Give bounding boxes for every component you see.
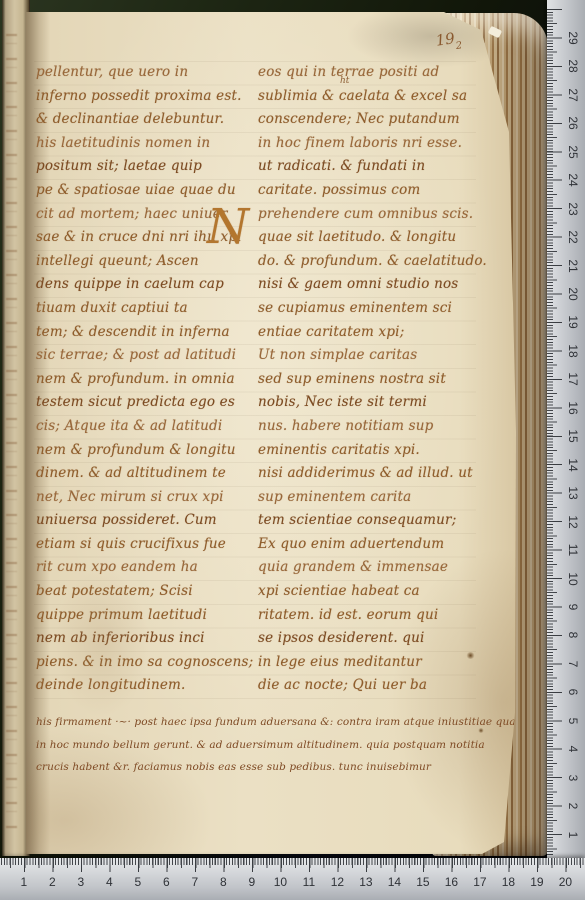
ruler-number: 15 [412,875,434,889]
manuscript-line: pellentur, que uero in [36,61,252,85]
manuscript-line: tiuam duxit captiui ta [36,297,252,321]
ruler-number: 20 [566,283,580,305]
ruler-number: 17 [469,875,491,889]
manuscript-line: Ex quo enim aduertendum [258,533,474,557]
page-corner-slip [488,26,502,38]
stain [466,652,475,659]
manuscript-line: nisi addiderimus & ad illud. ut [258,462,474,486]
photo-background: 192 pellentur, que uero ininferno possed… [0,0,585,900]
stain [478,728,484,733]
ruler-number: 1 [13,875,35,889]
manuscript-line: ritatem. id est. eorum qui [258,604,474,628]
manuscript-line: sublimia & caelata & excel sa [258,85,474,109]
ruler-number: 11 [566,539,580,561]
ruler-number: 26 [566,112,580,134]
ruler-number: 6 [566,681,580,703]
manuscript-line: & declinantiae delebuntur. [36,108,252,132]
horizontal-ruler: 1234567891011121314151617181920 [0,858,585,900]
ruler-number: 11 [298,875,320,889]
ruler-number: 10 [566,568,580,590]
manuscript-line: his laetitudinis nomen in [36,132,252,156]
manuscript-line: ut radicati. & fundati in [258,155,474,179]
ruler-number: 18 [497,875,519,889]
manuscript-line: nisi & gaem omni studio nos [258,273,474,297]
manuscript-line: cis; Atque ita & ad latitudi [36,415,252,439]
ruler-number: 21 [566,255,580,277]
ruler-number: 28 [566,55,580,77]
manuscript-line: nem & profundum & longitu [36,439,252,463]
ruler-number: 6 [155,875,177,889]
manuscript-line: testem sicut predicta ego es [36,391,252,415]
ruler-number: 27 [566,84,580,106]
manuscript-line: tem; & descendit in inferna [36,321,252,345]
ruler-number: 24 [566,169,580,191]
ruler-number: 7 [184,875,206,889]
manuscript-line: caritate. possimus com [258,179,474,203]
manuscript-line: sup eminentem carita [258,486,474,510]
ruler-number: 16 [566,397,580,419]
right-column: eos qui in terrae positi adsublimia & ca… [258,61,474,698]
manuscript-line: sed sup eminens nostra sit [258,368,474,392]
ruler-number: 5 [127,875,149,889]
ruler-number: 15 [566,425,580,447]
ruler-number: 2 [566,795,580,817]
manuscript-line: conscendere; Nec putandum [258,108,474,132]
facing-page-edge [2,0,30,856]
ruler-number: 5 [566,710,580,732]
footer-line: in hoc mundo bellum gerunt. & ad aduersi… [36,734,518,757]
ruler-number: 1 [566,824,580,846]
stain [54,568,150,718]
manuscript-line: tem scientiae consequamur; [258,509,474,533]
manuscript-line: do. & profundum. & caelatitudo. [258,250,474,274]
manuscript-line: etiam si quis crucifixus fue [36,533,252,557]
ruler-ticks-cm [547,9,562,855]
ruler-number: 8 [566,624,580,646]
ruler-number: 8 [212,875,234,889]
manuscript-line: uniuersa possideret. Cum [36,509,252,533]
ruler-number: 14 [566,454,580,476]
manuscript-line: xpi scientiae habeat ca [258,580,474,604]
ruler-ticks-cm [24,858,585,872]
manuscript-line: in lege eius meditantur [258,651,474,675]
manuscript-line: nem & profundum. in omnia [36,368,252,392]
ruler-number: 22 [566,226,580,248]
manuscript-line: sic terrae; & post ad latitudi [36,344,252,368]
manuscript-line: se cupiamus eminentem sci [258,297,474,321]
manuscript-line: nobis, Nec iste sit termi [258,391,474,415]
ruler-number: 7 [566,653,580,675]
manuscript-line: in hoc finem laboris nri esse. [258,132,474,156]
ruler-number: 16 [440,875,462,889]
vertical-ruler: 2928272625242322212019181716151413121110… [547,0,585,860]
folio-main: 19 [435,29,456,49]
manuscript-line: die ac nocte; Qui uer ba [258,674,474,698]
ruler-number: 18 [566,340,580,362]
manuscript-line: prehendere cum omnibus scis. [258,203,474,227]
manuscript-line: net, Nec mirum si crux xpi [36,486,252,510]
ruler-number: 3 [70,875,92,889]
manuscript-line: entiae caritatem xpi; [258,321,474,345]
manuscript-line: nus. habere notitiam sup [258,415,474,439]
manuscript-line: positum sit; laetae quip [36,155,252,179]
footer-annotations: his firmament ·~· post haec ipsa fundum … [36,711,518,779]
ruler-number: 23 [566,198,580,220]
manuscript-line: dens quippe in caelum cap [36,273,252,297]
footer-line: crucis habent &r. faciamus nobis eas ess… [36,756,518,779]
ruler-number: 9 [241,875,263,889]
ruler-number: 12 [326,875,348,889]
manuscript-line: quia grandem & immensae [258,556,474,580]
ruler-number: 9 [566,596,580,618]
ruler-number: 2 [41,875,63,889]
manuscript-line: quae sit laetitudo. & longitu [258,226,474,250]
ruler-number: 13 [355,875,377,889]
illuminated-initial: N [207,198,249,256]
ruler-number: 4 [566,738,580,760]
ruler-number: 19 [566,311,580,333]
ruler-number: 4 [98,875,120,889]
ruler-number: 14 [383,875,405,889]
folio-number: 192 [435,28,463,54]
interlinear-gloss: ht [340,76,349,86]
manuscript-line: Ut non simplae caritas [258,344,474,368]
ruler-number: 13 [566,482,580,504]
manuscript-line: eminentis caritatis xpi. [258,439,474,463]
ruler-number: 29 [566,27,580,49]
folio-sub: 2 [455,40,463,52]
manuscript-page: 192 pellentur, que uero ininferno possed… [26,12,518,854]
manuscript-line: inferno possedit proxima est. [36,85,252,109]
manuscript-line: se ipsos desiderent. qui [258,627,474,651]
ruler-number: 19 [526,875,548,889]
manuscript-line: eos qui in terrae positi ad [258,61,474,85]
ruler-number: 10 [269,875,291,889]
ruler-number: 25 [566,141,580,163]
ruler-number: 20 [554,875,576,889]
ruler-number: 17 [566,368,580,390]
ruler-number: 12 [566,511,580,533]
manuscript-line: rit cum xpo eandem ha [36,556,252,580]
manuscript-line: dinem. & ad altitudinem te [36,462,252,486]
ruler-number: 3 [566,767,580,789]
